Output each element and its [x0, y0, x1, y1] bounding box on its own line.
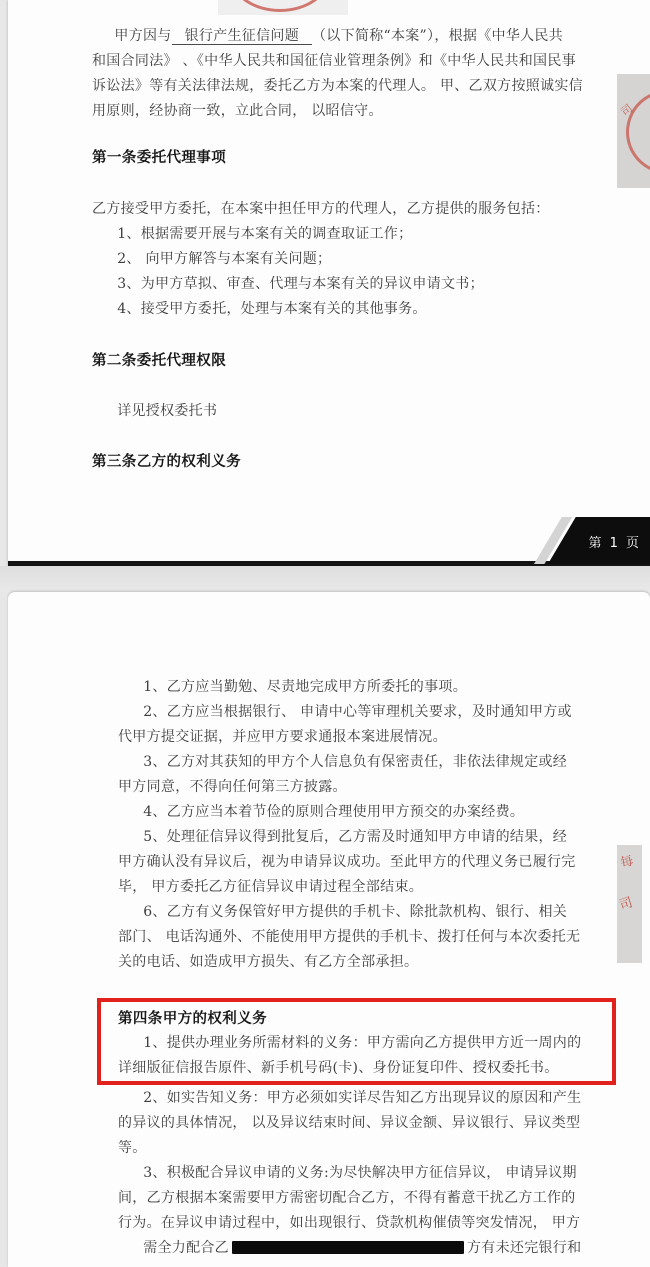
intro-prefix: 甲方因与 [114, 28, 171, 44]
page-number-tab: 第 1 页 [534, 517, 650, 564]
article2-body: 详见授权委托书 [92, 399, 583, 424]
article2-heading: 第二条委托代理权限 [92, 348, 583, 373]
contract-page-2: 1、乙方应当勤勉、尽责地完成甲方所委托的事项。 2、乙方应当根据银行、 申请中心… [8, 592, 650, 1267]
contract-page-1: 甲方因与银行产生征信问题（以下简称“本案”），根据《中华人民共 和国合同法》 、… [8, 0, 650, 566]
red-seal-stamp-right: 司 [617, 74, 650, 188]
clause-line: 部门、 电话沟通外、不能使用甲方提供的手机卡、拨打任何与本次委托无 [118, 925, 581, 950]
clause-line: 3、为甲方草拟、审查、代理与本案有关的异议申请文书； [92, 272, 583, 297]
clause-line: 毕， 甲方委托乙方征信异议申请过程全部结束。 [118, 875, 581, 900]
article1-intro: 乙方接受甲方委托，在本案中担任甲方的代理人，乙方提供的服务包括： [92, 197, 583, 222]
clause-line: 1、乙方应当勤勉、尽责地完成甲方所委托的事项。 [118, 675, 581, 700]
redaction-bar [232, 1241, 464, 1254]
clause-line: 甲方确认没有异议后，视为申请异议成功。至此甲方的代理义务已履行完 [118, 850, 581, 875]
red-seal-stamp-top [218, 0, 348, 15]
clause-line: 3、积极配合异议申请的义务:为尽快解决甲方征信异议， 申请异议期 [118, 1161, 581, 1186]
blank-underlined-text: 银行产生征信问题 [172, 28, 312, 45]
redacted-line-suffix: 方有未还完银行和 [467, 1240, 581, 1256]
clause-line: 2、乙方应当根据银行、 申请中心等审理机关要求，及时通知甲方或 [118, 700, 581, 725]
clause-line: 关的电话、如造成甲方损失、有乙方全部承担。 [118, 950, 581, 975]
clause-line: 间，乙方根据本案需要甲方需密切配合乙方，不得有蓄意干扰乙方工作的 [118, 1186, 581, 1211]
intro-line: 和国合同法》 、《中华人民共和国征信业管理条例》和《中华人民共和国民事 [92, 49, 583, 74]
clause-line: 6、乙方有义务保管好甲方提供的手机卡、除批款机构、银行、相关 [118, 900, 581, 925]
redacted-line-prefix: 需全力配合乙 [143, 1240, 229, 1256]
intro-line: 用原则，经协商一致，立此合同， 以昭信守。 [92, 99, 583, 124]
red-seal-stamp-right-page2: 每 司 [617, 845, 642, 963]
clause-line: 的异议的具体情况， 以及异议结束时间、异议金额、异议银行、异议类型 [118, 1111, 581, 1136]
seal-arc [230, 0, 330, 12]
article4-heading: 第四条甲方的权利义务 [118, 1006, 581, 1031]
clause-line: 3、乙方对其获知的甲方个人信息负有保密责任，非依法律规定或经 [118, 750, 581, 775]
clause-line: 2、如实告知义务：甲方必须如实详尽告知乙方出现异议的原因和产生 [118, 1086, 581, 1111]
clause-line: 甲方同意，不得向任何第三方披露。 [118, 775, 581, 800]
seal-glyph: 司 [617, 891, 635, 913]
page1-content: 甲方因与银行产生征信问题（以下简称“本案”），根据《中华人民共 和国合同法》 、… [92, 0, 583, 474]
seal-arc [626, 90, 650, 174]
page-gap [0, 566, 650, 592]
clause-line: 5、处理征信异议得到批复后，乙方需及时通知甲方申请的结果，经 [118, 825, 581, 850]
document-viewer: { "document": { "page1": { "intro": { "l… [0, 0, 650, 1267]
clause-line: 等。 [118, 1136, 581, 1161]
redacted-clause-line: 需全力配合乙方有未还完银行和 [118, 1236, 581, 1261]
article1-heading: 第一条委托代理事项 [92, 145, 583, 170]
intro-suffix: （以下简称“本案”），根据《中华人民共 [312, 28, 563, 44]
page2-content: 1、乙方应当勤勉、尽责地完成甲方所委托的事项。 2、乙方应当根据银行、 申请中心… [118, 592, 581, 1261]
clause-line: 4、乙方应当本着节俭的原则合理使用甲方预交的办案经费。 [118, 800, 581, 825]
intro-line: 诉讼法》等有关法律法规，委托乙方为本案的代理人。 甲、乙双方按照诚实信 [92, 74, 583, 99]
highlighted-clause-line: 1、提供办理业务所需材料的义务：甲方需向乙方提供甲方近一周内的 [118, 1031, 581, 1056]
clause-line: 代甲方提交证据，并应甲方要求通报本案进展情况。 [118, 725, 581, 750]
page-number-label: 第 1 页 [588, 532, 641, 551]
clause-line: 行为。在异议申请过程中，如出现银行、贷款机构催债等突发情况， 甲方 [118, 1211, 581, 1236]
intro-line: 甲方因与银行产生征信问题（以下简称“本案”），根据《中华人民共 [92, 24, 583, 49]
clause-line: 2、 向甲方解答与本案有关问题； [92, 247, 583, 272]
seal-glyph: 每 [617, 849, 635, 871]
article3-heading: 第三条乙方的权利义务 [92, 449, 583, 474]
clause-line: 4、接受甲方委托，处理与本案有关的其他事务。 [92, 297, 583, 322]
highlighted-clause-line: 详细版征信报告原件、新手机号码(卡)、身份证复印件、授权委托书。 [118, 1056, 581, 1081]
clause-line: 1、根据需要开展与本案有关的调查取证工作； [92, 222, 583, 247]
